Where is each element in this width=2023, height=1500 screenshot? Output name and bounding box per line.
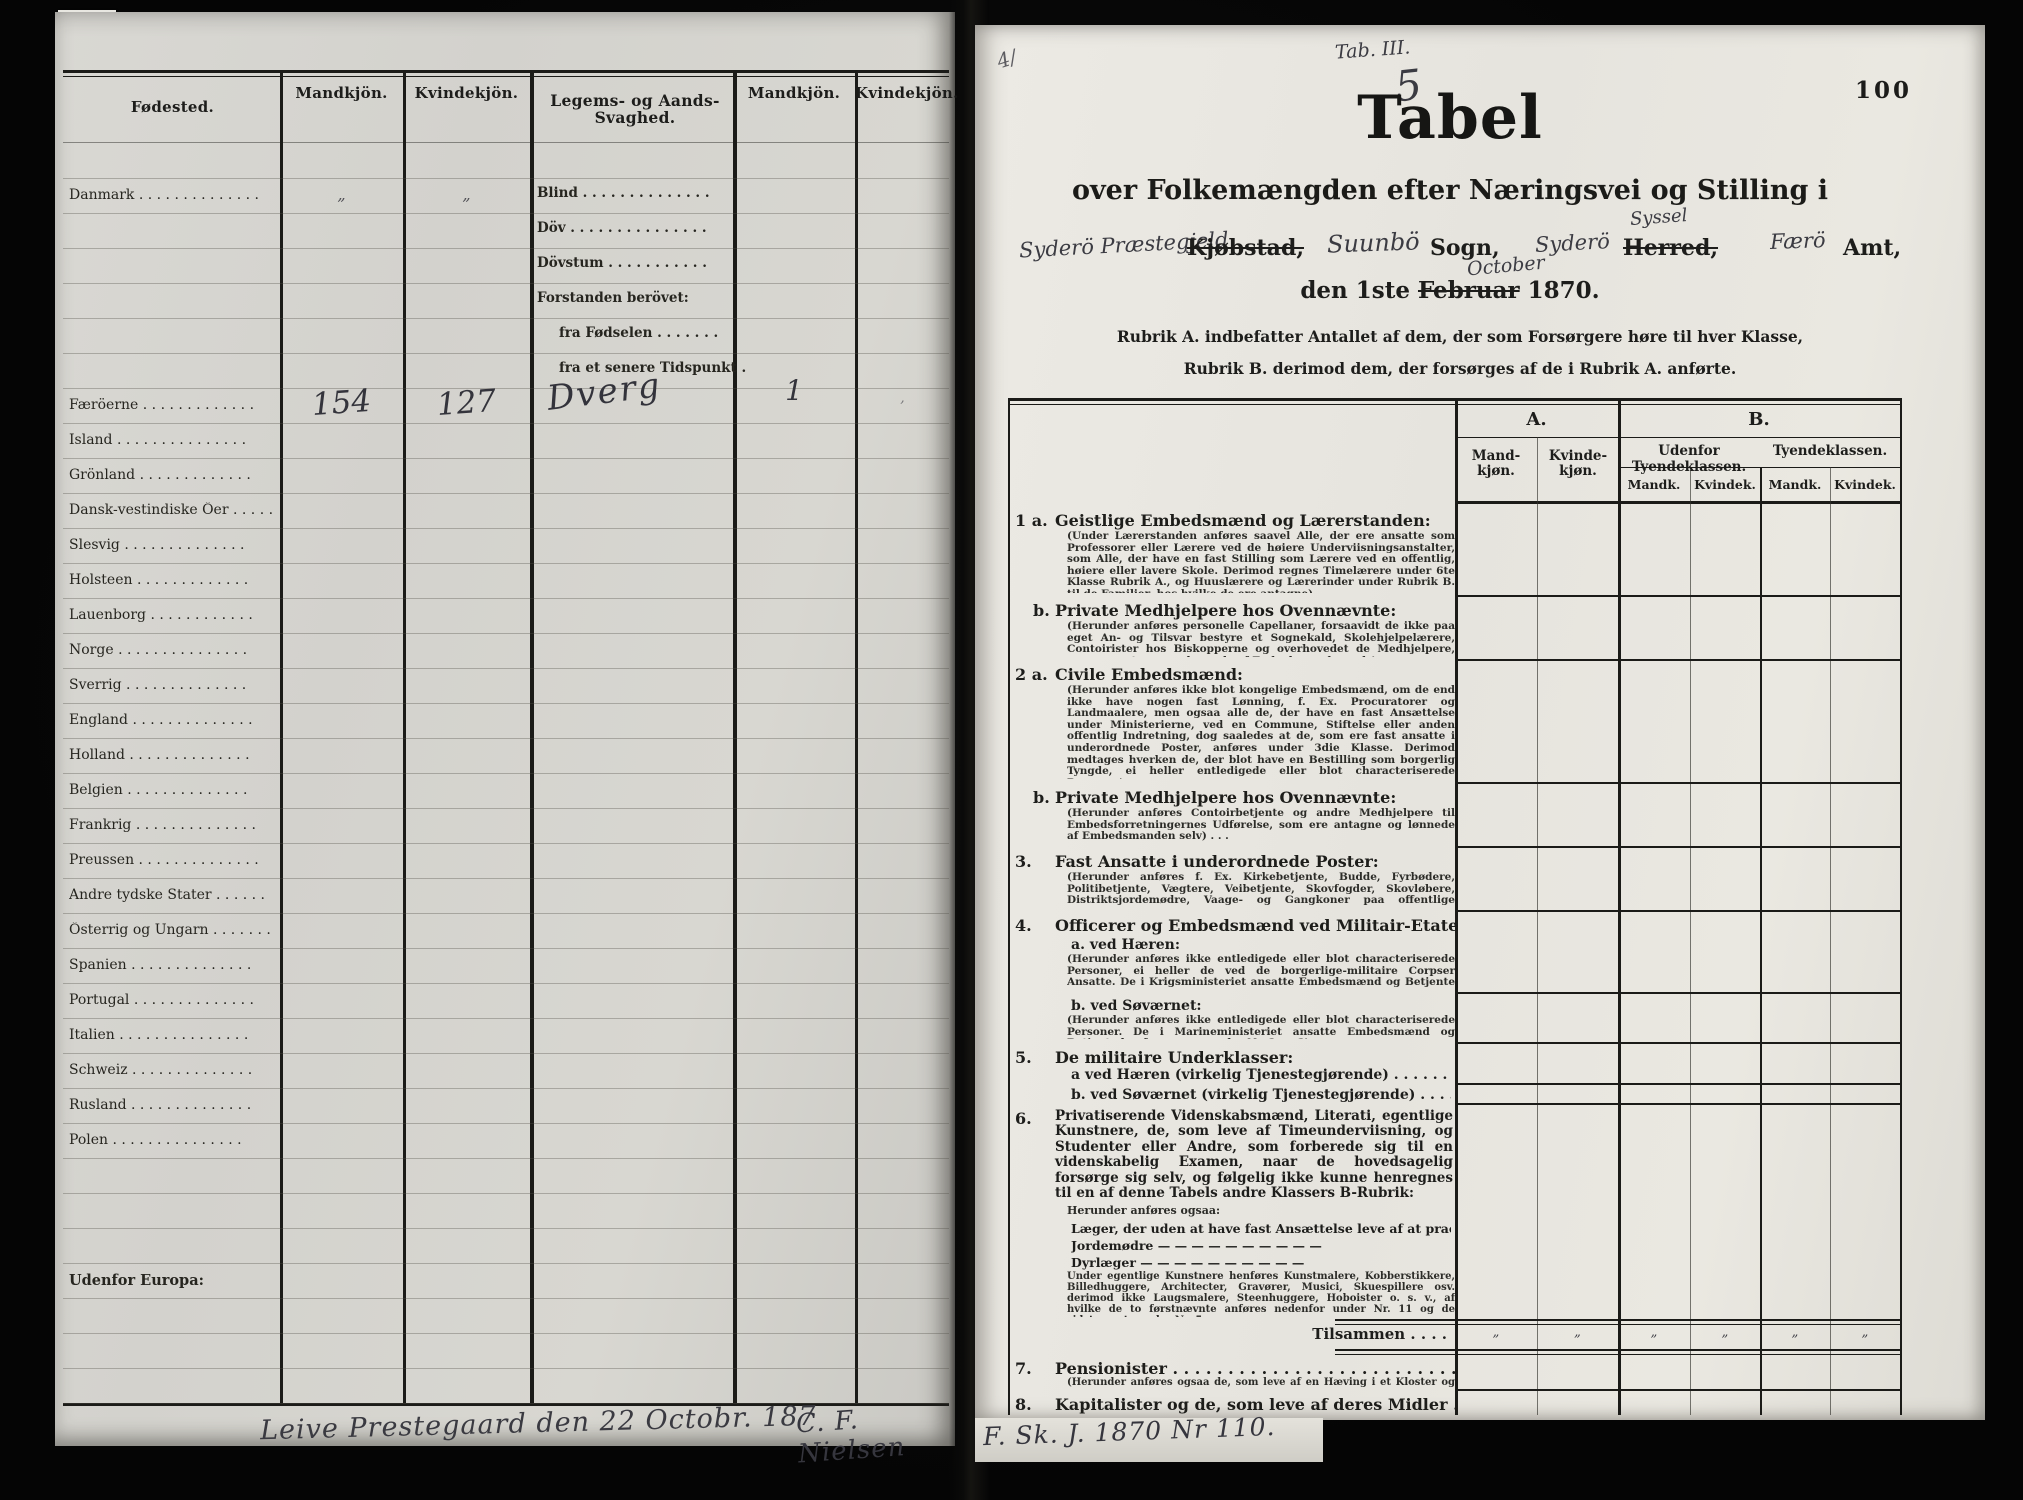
table-row: Danmark . . . . . . . . . . . . . . „ „: [55, 179, 955, 214]
rubrik-a-explanation: Rubrik A. indbefatter Antallet af dem, d…: [1070, 327, 1850, 346]
class-subitem: a ved Hæren (virkelig Tjenestegjørende) …: [1071, 1067, 1451, 1083]
row-rule: [1455, 782, 1901, 784]
scanned-census-document: 5 Fødested. Mandkjön. Kvindekjön. Legems…: [0, 0, 2023, 1500]
class-note: (Herunder anføres ikke entledigede eller…: [1067, 1015, 1455, 1039]
laeger-line: Læger, der uden at have fast Ansættelse …: [1071, 1221, 1451, 1236]
birthplace-label: Færöerne . . . . . . . . . . . . .: [69, 397, 277, 413]
handwritten-margin-mark: 4/: [994, 45, 1020, 74]
total-row-top-rule: [1335, 1319, 1901, 1321]
class-title: Fast Ansatte i underordnede Poster:: [1055, 852, 1455, 871]
table-row: [55, 319, 955, 354]
infirmity-label: fra Fødselen . . . . . . .: [537, 325, 755, 341]
grid-rule-light: [1830, 467, 1831, 1415]
grid-right-rule: [1900, 398, 1902, 1415]
total-ditto-a-male: „: [1455, 1325, 1537, 1340]
column-group-b: B.: [1618, 409, 1900, 430]
grid-rule: [1455, 398, 1458, 1415]
table-row: Spanien . . . . . . . . . . . . . .: [55, 949, 955, 984]
class-note: (Herunder anføres personelle Capellaner,…: [1067, 621, 1455, 657]
jordemodre-line: Jordemødre — — — — — — — — — —: [1071, 1238, 1451, 1253]
b2-female-header: Kvindek.: [1830, 477, 1900, 492]
handwritten-signature: C. F. Nielsen: [795, 1399, 957, 1470]
table-row: Lauenborg . . . . . . . . . . . .: [55, 599, 955, 634]
table-row: [55, 214, 955, 249]
row-rule: [1455, 659, 1901, 661]
row-rule: [1455, 910, 1901, 912]
table-row: Island . . . . . . . . . . . . . . .: [55, 424, 955, 459]
column-header-female-2: Kvindekjön.: [855, 84, 950, 102]
birthplace-label: Italien . . . . . . . . . . . . . . .: [69, 1027, 277, 1043]
table-row: Norge . . . . . . . . . . . . . . .: [55, 634, 955, 669]
handwritten-syssel-correction: Syssel: [1629, 205, 1688, 230]
b1-female-header: Kvindek.: [1690, 477, 1760, 492]
handwritten-infirmity-male-count: 1: [733, 374, 855, 407]
birthplace-label: Norge . . . . . . . . . . . . . . .: [69, 642, 277, 658]
table-row: [55, 249, 955, 284]
a-male-header: Mand- kjøn.: [1455, 449, 1537, 479]
table-row: Andre tydske Stater . . . . . .: [55, 879, 955, 914]
row-rule: [1455, 1103, 1901, 1105]
column-header-infirmity: Legems- og Aands-Svaghed.: [537, 92, 733, 126]
row-rule: [1455, 595, 1901, 597]
class-note-intro: Herunder anføres ogsaa:: [1067, 1205, 1455, 1218]
handwritten-county: Færö: [1770, 228, 1826, 254]
class-note: (Herunder anføres ikke blot kongelige Em…: [1067, 685, 1455, 779]
grid-rule: [1760, 467, 1762, 1415]
class-number: 8.: [1015, 1395, 1053, 1414]
table-row: Udenfor Europa:: [55, 1264, 955, 1299]
b1-male-header: Mandk.: [1618, 477, 1690, 492]
table-row: [55, 1194, 955, 1229]
table-row: Sverrig . . . . . . . . . . . . . .: [55, 669, 955, 704]
total-row-bottom-rule-inner: [1335, 1354, 1901, 1355]
class-number: 3.: [1015, 852, 1053, 871]
row-rule: [1455, 992, 1901, 994]
table-row: [55, 1229, 955, 1264]
class-subitem: a. ved Hæren:: [1071, 937, 1451, 953]
class-number: 4.: [1015, 916, 1053, 935]
grid-rule-light: [1537, 437, 1538, 1415]
table-row: Belgien . . . . . . . . . . . . . .: [55, 774, 955, 809]
total-ditto-b2-male: „: [1760, 1325, 1830, 1340]
birthplace-label: Schweiz . . . . . . . . . . . . . .: [69, 1062, 277, 1078]
struck-herred-label: Herred,: [1623, 235, 1718, 261]
total-ditto-b2-female: „: [1830, 1325, 1900, 1340]
class-note: (Herunder anføres Contoirbetjente og and…: [1067, 808, 1455, 843]
table-row: Schweiz . . . . . . . . . . . . . .: [55, 1054, 955, 1089]
class-title: De militaire Underklasser:: [1055, 1048, 1455, 1067]
table-row: Slesvig . . . . . . . . . . . . . .: [55, 529, 955, 564]
birthplace-label: Dansk-vestindiske Öer . . . . .: [69, 502, 277, 518]
table-row: [55, 144, 955, 179]
table-row: [55, 284, 955, 319]
date-year: 1870.: [1528, 277, 1600, 304]
b-group1-header: Udenfor Tyendeklassen.: [1618, 443, 1760, 475]
birthplace-label: Belgien . . . . . . . . . . . . . .: [69, 782, 277, 798]
birthplace-label: Island . . . . . . . . . . . . . . .: [69, 432, 277, 448]
table-row: England . . . . . . . . . . . . . .: [55, 704, 955, 739]
class-title: Geistlige Embedsmænd og Lærerstanden:: [1055, 511, 1455, 530]
birthplace-label: Frankrig . . . . . . . . . . . . . .: [69, 817, 277, 833]
table-row: Preussen . . . . . . . . . . . . . .: [55, 844, 955, 879]
header-bottom-rule: [63, 142, 949, 143]
table-row: Grönland . . . . . . . . . . . . .: [55, 459, 955, 494]
row-rule: [1455, 1042, 1901, 1044]
table-row: Portugal . . . . . . . . . . . . . .: [55, 984, 955, 1019]
class-note: Under egentlige Kunstnere henføres Kunst…: [1067, 1271, 1455, 1317]
date-prefix: den 1ste: [1300, 277, 1410, 304]
birthplace-label: Sverrig . . . . . . . . . . . . . .: [69, 677, 277, 693]
struck-month: Februar: [1418, 277, 1520, 304]
birthplace-label: Holland . . . . . . . . . . . . . .: [69, 747, 277, 763]
birthplace-label: Polen . . . . . . . . . . . . . . .: [69, 1132, 277, 1148]
birthplace-label: Österrig og Ungarn . . . . . . .: [69, 922, 277, 938]
birthplace-infirmity-table: Fødested. Mandkjön. Kvindekjön. Legems- …: [55, 12, 955, 1446]
birthplace-label: Grönland . . . . . . . . . . . . .: [69, 467, 277, 483]
total-ditto-b1-male: „: [1618, 1325, 1690, 1340]
table-top-rule-inner: [1008, 404, 1900, 405]
table-row: Frankrig . . . . . . . . . . . . . .: [55, 809, 955, 844]
class-title: Private Medhjelpere hos Ovennævnte:: [1055, 788, 1455, 807]
class-number: 6.: [1015, 1109, 1053, 1128]
column-header-male: Mandkjön.: [280, 84, 403, 102]
rubrik-b-explanation: Rubrik B. derimod dem, der forsørges af …: [1070, 359, 1850, 378]
infirmity-label: Döv . . . . . . . . . . . . . . .: [537, 220, 733, 236]
handwritten-infirmity-female-mark: ,: [855, 390, 950, 406]
grid-rule-light: [1690, 467, 1691, 1415]
class-title: Kapitalister og de, som leve af deres Mi…: [1055, 1395, 1455, 1414]
row-rule: [1455, 846, 1901, 848]
table-row: Italien . . . . . . . . . . . . . . .: [55, 1019, 955, 1054]
column-header-female: Kvindekjön.: [403, 84, 530, 102]
male-count-entry: „: [280, 185, 403, 204]
class-title: Officerer og Embedsmænd ved Militair-Eta…: [1055, 916, 1455, 935]
class-number: 2 a.: [1015, 665, 1053, 684]
class-title: Private Medhjelpere hos Ovennævnte:: [1055, 601, 1455, 620]
b-group2-header: Tyendeklassen.: [1760, 443, 1900, 459]
dyrlaeger-line: Dyrlæger — — — — — — — — — —: [1071, 1255, 1451, 1270]
row-rule: [1455, 1389, 1901, 1391]
total-label: Tilsammen . . . .: [1225, 1325, 1447, 1343]
handwritten-tab-annotation: Tab. III.: [1334, 36, 1411, 63]
document-title: Tabel: [1080, 83, 1820, 153]
handwritten-district: Syderö: [1534, 229, 1610, 257]
class-number: 7.: [1015, 1359, 1053, 1378]
birthplace-label: England . . . . . . . . . . . . . .: [69, 712, 277, 728]
table-row: Holsteen . . . . . . . . . . . . .: [55, 564, 955, 599]
infirmity-label: Blind . . . . . . . . . . . . . .: [537, 185, 733, 201]
class-number: 5.: [1015, 1048, 1053, 1067]
class-title: Pensionister . . . . . . . . . . . . . .…: [1055, 1359, 1455, 1378]
birthplace-label: Holsteen . . . . . . . . . . . . .: [69, 572, 277, 588]
document-subtitle: over Folkemængden efter Næringsvei og St…: [1040, 175, 1860, 206]
table-row: [55, 1159, 955, 1194]
column-header-male-2: Mandkjön.: [733, 84, 855, 102]
handwritten-parish: Suunbö: [1327, 227, 1421, 258]
class-subitem: b. ved Søværnet (virkelig Tjenestegjøren…: [1071, 1087, 1451, 1103]
birthplace-label: Danmark . . . . . . . . . . . . . .: [69, 187, 277, 203]
birthplace-label: Rusland . . . . . . . . . . . . . .: [69, 1097, 277, 1113]
table-row: [55, 1334, 955, 1369]
table-top-rule-inner: [63, 76, 949, 77]
infirmity-label: Forstanden berövet:: [537, 290, 733, 306]
class-number: 1 a.: [1015, 511, 1053, 530]
header-group-rule: [1455, 437, 1900, 438]
grid-rule-heavy: [1618, 398, 1621, 1415]
table-top-rule: [1008, 398, 1900, 401]
column-group-a: A.: [1455, 409, 1618, 430]
birthplace-label: Udenfor Europa:: [69, 1272, 277, 1289]
female-count-entry: „: [403, 185, 530, 204]
male-count-entry: 154: [279, 381, 404, 425]
total-ditto-a-female: „: [1537, 1325, 1618, 1340]
class-note: (Herunder anføres ogsaa de, som leve af …: [1067, 1377, 1455, 1389]
b2-male-header: Mandk.: [1760, 477, 1830, 492]
a-female-header: Kvinde- kjøn.: [1537, 449, 1619, 479]
birthplace-label: Portugal . . . . . . . . . . . . . .: [69, 992, 277, 1008]
birthplace-label: Spanien . . . . . . . . . . . . . .: [69, 957, 277, 973]
birthplace-label: Lauenborg . . . . . . . . . . . .: [69, 607, 277, 623]
stub-left-rule: [1008, 398, 1010, 1415]
class-note: (Herunder anføres f. Ex. Kirkebetjente, …: [1067, 872, 1455, 907]
table-row: [55, 1299, 955, 1334]
infirmity-label: Dövstum . . . . . . . . . . .: [537, 255, 733, 271]
table-row: Polen . . . . . . . . . . . . . . .: [55, 1124, 955, 1159]
right-page: 100 4/ Tab. III. 5 Tabel over Folkemængd…: [975, 25, 1985, 1420]
table-top-rule: [63, 70, 949, 73]
amt-label: Amt,: [1843, 235, 1901, 261]
class-title: Civile Embedsmænd:: [1055, 665, 1455, 684]
page-number: 100: [1855, 77, 1912, 104]
table-row: Dansk-vestindiske Öer . . . . .: [55, 494, 955, 529]
female-count-entry: 127: [402, 381, 531, 426]
column-header-birthplace: Fødested.: [65, 98, 280, 116]
class-note: (Under Lærerstanden anføres saavel Alle,…: [1067, 531, 1455, 593]
class-title: Privatiserende Videnskabsmænd, Literati,…: [1055, 1109, 1453, 1201]
date-line: den 1ste Februar 1870.: [1040, 277, 1860, 304]
row-rule: [1455, 1083, 1901, 1085]
struck-kjobstad-label: Kjøbstad,: [1187, 235, 1304, 261]
table-row: Rusland . . . . . . . . . . . . . .: [55, 1089, 955, 1124]
header-bottom-rule: [1455, 501, 1900, 504]
birthplace-label: Andre tydske Stater . . . . . .: [69, 887, 277, 903]
table-row: [55, 1369, 955, 1404]
class-note: (Herunder anføres ikke entledigede eller…: [1067, 954, 1455, 989]
table-row: Österrig og Ungarn . . . . . . .: [55, 914, 955, 949]
total-ditto-b1-female: „: [1690, 1325, 1760, 1340]
left-page: Fødested. Mandkjön. Kvindekjön. Legems- …: [55, 12, 955, 1446]
class-subitem: b. ved Søværnet:: [1071, 998, 1451, 1014]
birthplace-label: Preussen . . . . . . . . . . . . . .: [69, 852, 277, 868]
table-row: Holland . . . . . . . . . . . . . .: [55, 739, 955, 774]
total-row-bottom-rule: [1335, 1349, 1901, 1351]
birthplace-label: Slesvig . . . . . . . . . . . . . .: [69, 537, 277, 553]
